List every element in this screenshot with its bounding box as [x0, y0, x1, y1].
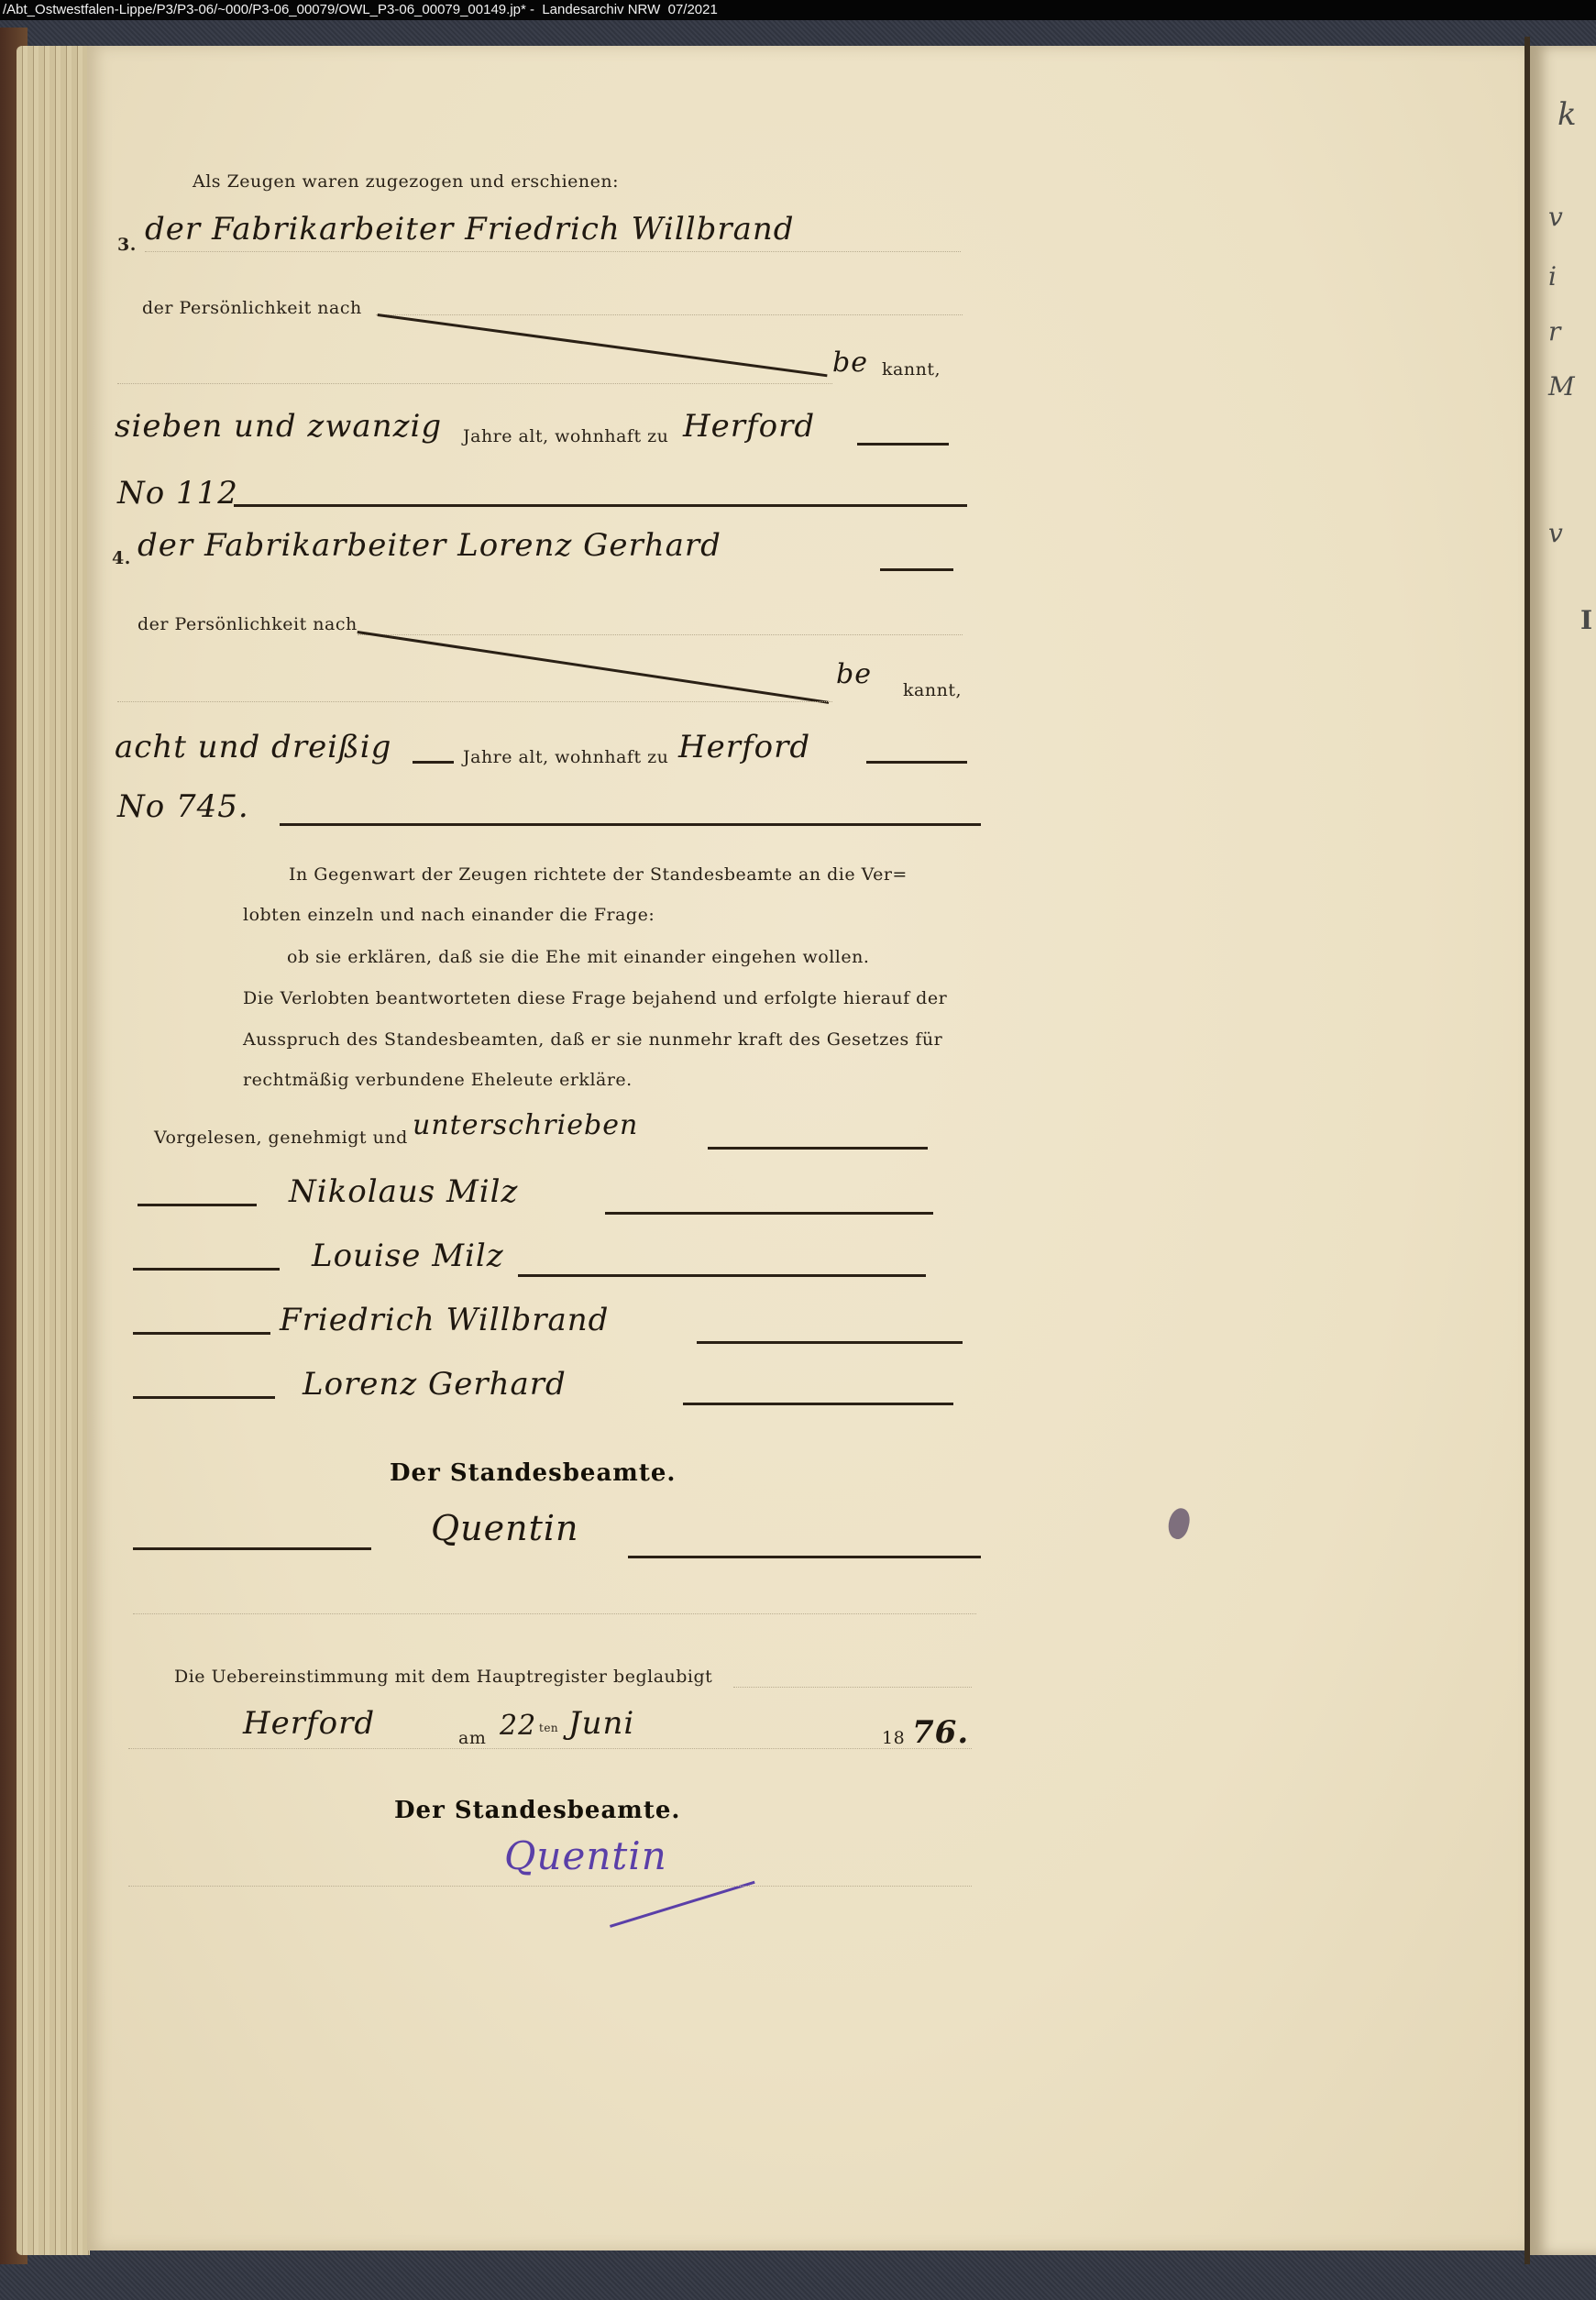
witness4-known-hand: be	[836, 658, 872, 690]
window-title: /Abt_Ostwestfalen-Lippe/P3/P3-06/~000/P3…	[0, 0, 1596, 20]
dotted-line	[128, 1748, 972, 1749]
read-approved-label: Vorgelesen, genehmigt und	[154, 1128, 408, 1148]
fill-rule	[697, 1341, 963, 1344]
witness4-age-label: Jahre alt, wohnhaft zu	[463, 747, 668, 767]
fill-rule	[133, 1332, 270, 1335]
ceremony-line-2: lobten einzeln und nach einander die Fra…	[243, 905, 655, 925]
facing-page-print: I	[1580, 605, 1592, 635]
dotted-line	[133, 1613, 976, 1614]
fill-rule	[280, 823, 981, 826]
ceremony-line-4: Die Verlobten beantworteten diese Frage …	[243, 988, 947, 1008]
signature-2: Louise Milz	[312, 1238, 504, 1274]
dotted-line	[128, 1886, 972, 1887]
witness3-residence: Herford	[683, 408, 815, 445]
cert-year: 76.	[912, 1714, 969, 1751]
witness3-known-hand: be	[832, 347, 868, 379]
witness3-name: der Fabrikarbeiter Friedrich Willbrand	[145, 211, 795, 248]
signature-3: Friedrich Willbrand	[280, 1302, 609, 1338]
witness4-known-print: kannt,	[903, 680, 962, 700]
fill-rule	[857, 443, 949, 446]
cert-year-prefix: 18	[882, 1728, 905, 1748]
witness3-identity-label: der Persönlichkeit nach	[142, 298, 362, 318]
registrar-signature: Quentin	[431, 1508, 579, 1548]
certification-label: Die Uebereinstimmung mit dem Hauptregist…	[174, 1667, 712, 1687]
cert-month: Juni	[568, 1705, 634, 1742]
dotted-line	[117, 383, 832, 384]
facing-page-script: r	[1548, 316, 1560, 347]
page-stack-edge	[17, 46, 90, 2255]
witness4-age: acht und dreißig	[115, 729, 391, 765]
registrar-heading: Der Standesbeamte.	[390, 1459, 676, 1487]
fill-rule	[138, 1204, 257, 1206]
witness3-house-number: No 112	[117, 475, 238, 512]
dotted-line	[733, 1687, 972, 1688]
fill-rule	[413, 761, 454, 764]
signed-word: unterschrieben	[413, 1109, 638, 1141]
fill-rule	[880, 568, 953, 571]
fill-rule	[133, 1547, 371, 1550]
facing-page-script: M	[1548, 371, 1575, 402]
witness4-identity-label: der Persönlichkeit nach	[138, 614, 358, 634]
ceremony-line-3: ob sie erklären, daß sie die Ehe mit ein…	[287, 947, 869, 967]
dotted-line	[376, 314, 963, 315]
facing-page-script: v	[1548, 518, 1563, 548]
signature-4: Lorenz Gerhard	[303, 1366, 567, 1403]
witness3-known-print: kannt,	[882, 359, 941, 380]
witness4-name: der Fabrikarbeiter Lorenz Gerhard	[138, 527, 721, 564]
fill-rule	[133, 1268, 280, 1271]
fill-rule	[866, 761, 967, 764]
fill-rule	[683, 1403, 953, 1405]
registrar-signature-2: Quentin	[504, 1833, 667, 1878]
ceremony-line-1: In Gegenwart der Zeugen richtete der Sta…	[289, 864, 908, 885]
facing-page-edge: k v i r M v I	[1530, 46, 1596, 2255]
facing-page-script: i	[1548, 261, 1557, 292]
fill-rule	[518, 1274, 926, 1277]
witness4-residence: Herford	[678, 729, 810, 765]
witness3-age-label: Jahre alt, wohnhaft zu	[463, 426, 668, 446]
facing-page-script: k	[1557, 96, 1577, 133]
witness4-house-number: No 745.	[117, 788, 249, 825]
witness4-number: 4.	[112, 548, 131, 568]
fill-rule	[605, 1212, 933, 1215]
fill-rule	[628, 1556, 981, 1558]
facing-page-script: v	[1548, 202, 1563, 232]
witness3-age: sieben und zwanzig	[115, 408, 442, 445]
cert-day: 22	[500, 1710, 536, 1742]
dotted-line	[145, 251, 961, 252]
cert-place: Herford	[243, 1705, 375, 1742]
ceremony-line-6: rechtmäßig verbundene Eheleute erkläre.	[243, 1070, 633, 1090]
registrar-heading-2: Der Standesbeamte.	[394, 1797, 680, 1824]
signature-1: Nikolaus Milz	[289, 1173, 518, 1210]
ceremony-line-5: Ausspruch des Standesbeamten, daß er sie…	[243, 1029, 942, 1050]
cert-day-suffix: ten	[539, 1722, 558, 1734]
dotted-line	[117, 701, 832, 702]
dotted-line	[358, 634, 963, 635]
fill-rule	[234, 504, 967, 507]
fill-rule	[708, 1147, 928, 1150]
witnesses-heading: Als Zeugen waren zugezogen und erschiene…	[193, 171, 619, 192]
witness3-number: 3.	[117, 235, 137, 255]
fill-rule	[133, 1396, 275, 1399]
cert-am: am	[458, 1728, 486, 1748]
